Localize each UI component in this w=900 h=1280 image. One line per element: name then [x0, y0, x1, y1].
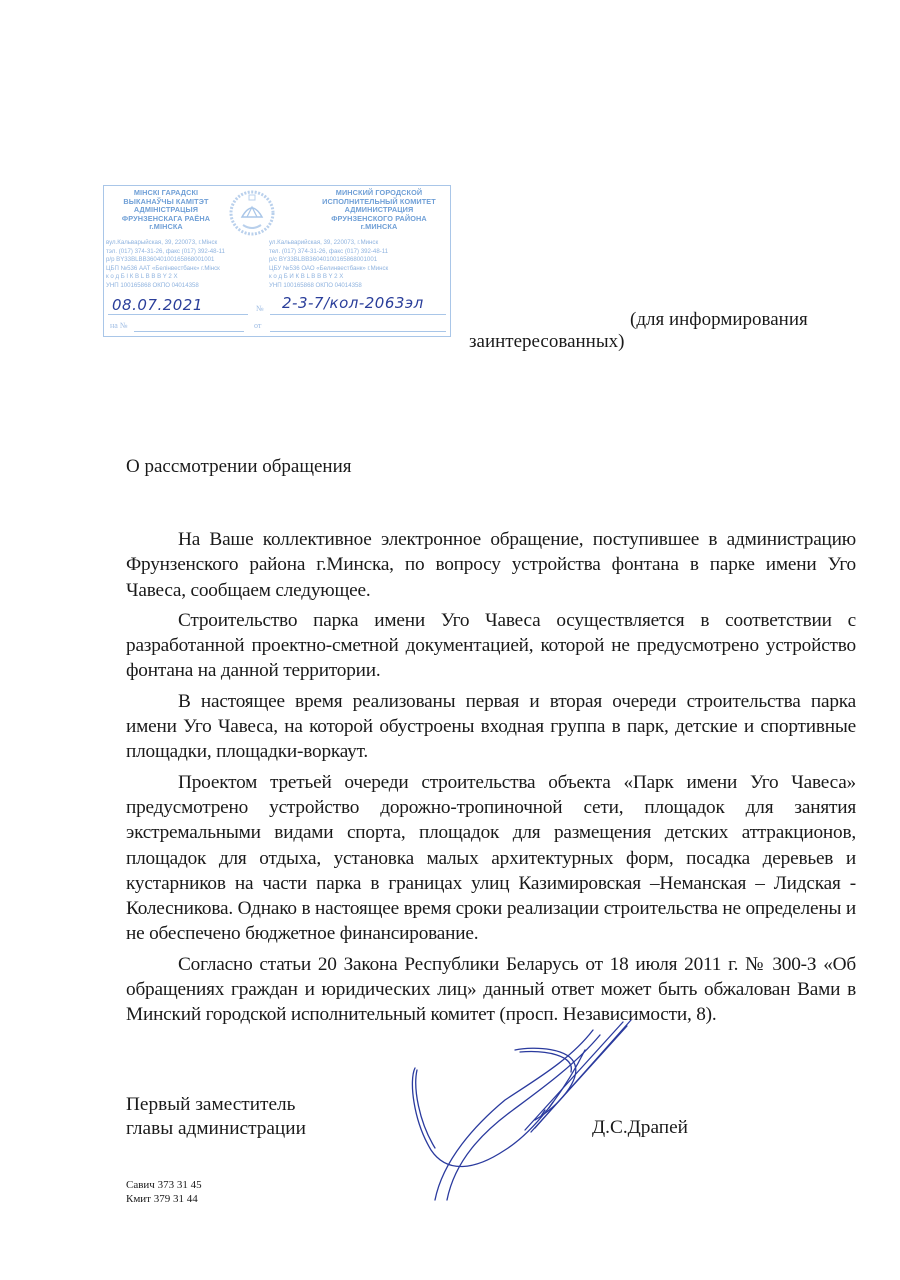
registration-stamp: МІНСКІ ГАРАДСКІ ВЫКАНАЎЧЫ КАМІТЭТ АДМІНІ…	[103, 185, 451, 337]
letter-subject: О рассмотрении обращения	[126, 456, 352, 478]
stamp-date-underline	[108, 314, 248, 315]
contact-line: Кмит 379 31 44	[126, 1192, 202, 1206]
signer-position-line: главы администрации	[126, 1117, 306, 1141]
body-paragraph: Проектом третьей очереди строительства о…	[126, 770, 856, 947]
stamp-address-line: к о д Б І К B L B B B Y 2 X	[106, 273, 225, 282]
body-paragraph: Строительство парка имени Уго Чавеса осу…	[126, 608, 856, 684]
body-paragraph: На Ваше коллективное электронное обращен…	[126, 527, 856, 603]
signer-position-line: Первый заместитель	[126, 1093, 306, 1117]
executor-contacts: Савич 373 31 45 Кмит 379 31 44	[126, 1178, 202, 1206]
stamp-title-russian: МИНСКИЙ ГОРОДСКОЙ ИСПОЛНИТЕЛЬНЫЙ КОМИТЕТ…	[312, 189, 446, 232]
registration-date: 08.07.2021	[112, 296, 203, 314]
body-paragraph: В настоящее время реализованы первая и в…	[126, 689, 856, 765]
coat-of-arms-icon	[227, 187, 277, 237]
stamp-number-label: №	[256, 304, 264, 313]
stamp-address-line: к о д Б И К B L B B B Y 2 X	[269, 273, 388, 282]
signer-name: Д.С.Драпей	[592, 1117, 688, 1139]
stamp-address-line: р/р BY33BLBB36040100165868001001	[106, 256, 225, 265]
stamp-ref-underline	[134, 331, 244, 332]
stamp-ref-label: на №	[110, 321, 127, 330]
stamp-from-underline	[270, 331, 446, 332]
addressee-line-1: (для информирования	[630, 309, 808, 331]
stamp-address-line: вул.Кальварыйская, 39, 220073, г.Мінск	[106, 239, 225, 248]
stamp-address-line: УНП 100165868 ОКПО 04014358	[269, 282, 388, 291]
stamp-title-line: г.МИНСКА	[312, 223, 446, 232]
registration-number: 2-3-7/кол-2063эл	[282, 294, 424, 312]
stamp-address-line: тел. (017) 374-31-26, факс (017) 392-48-…	[269, 248, 388, 257]
letter-body: На Ваше коллективное электронное обращен…	[126, 527, 856, 1028]
addressee-line-2: заинтересованных)	[469, 331, 624, 353]
stamp-from-label: от	[254, 321, 261, 330]
stamp-address-line: р/с BY33BLBB36040100165868001001	[269, 256, 388, 265]
stamp-address-line: ул.Кальварийская, 39, 220073, г.Минск	[269, 239, 388, 248]
stamp-address-line: ЦБП №536 ААТ «Белінвестбанк» г.Мінск	[106, 265, 225, 274]
stamp-title-line: г.МІНСКА	[106, 223, 226, 232]
stamp-address-russian: ул.Кальварийская, 39, 220073, г.Минск те…	[269, 239, 388, 290]
contact-line: Савич 373 31 45	[126, 1178, 202, 1192]
stamp-address-line: ЦБУ №536 ОАО «Белинвестбанк» г.Минск	[269, 265, 388, 274]
stamp-address-line: УНП 100165868 ОКПО 04014358	[106, 282, 225, 291]
stamp-number-underline	[270, 314, 446, 315]
stamp-title-belarusian: МІНСКІ ГАРАДСКІ ВЫКАНАЎЧЫ КАМІТЭТ АДМІНІ…	[106, 189, 226, 232]
stamp-address-line: тэл. (017) 374-31-26, факс (017) 392-48-…	[106, 248, 225, 257]
signer-position: Первый заместитель главы администрации	[126, 1093, 306, 1141]
handwritten-signature-icon	[395, 1010, 655, 1220]
stamp-address-belarusian: вул.Кальварыйская, 39, 220073, г.Мінск т…	[106, 239, 225, 290]
